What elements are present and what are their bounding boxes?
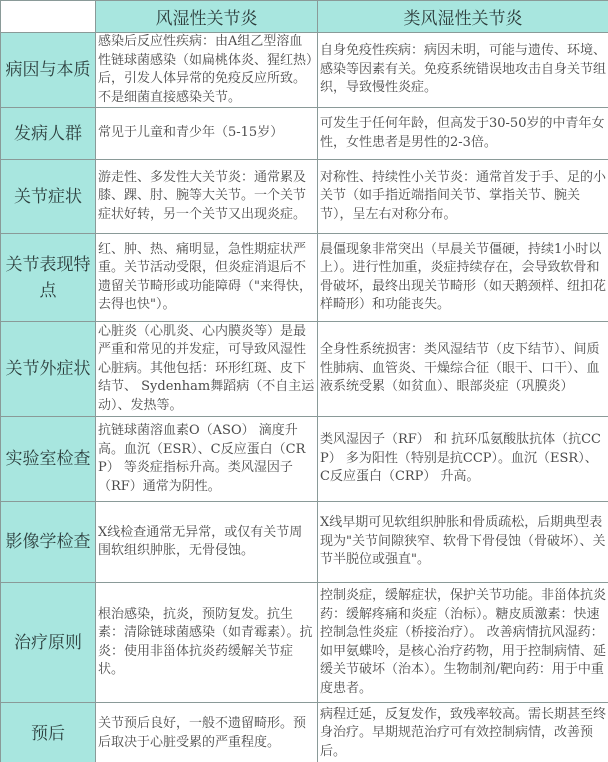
row-label: 影像学检查 [1,502,96,583]
cell-rheumatoid: 自身免疫性疾病：病因未明，可能与遗传、环境、感染等因素有关。免疫系统错误地攻击自… [318,33,608,108]
row-label: 治疗原则 [1,583,96,703]
cell-rheumatoid: X线早期可见软组织肿胀和骨质疏松，后期典型表现为"关节间隙狭窄、软骨下骨侵蚀（骨… [318,502,608,583]
cell-rheumatic: X线检查通常无异常，或仅有关节周围软组织肿胀，无骨侵蚀。 [96,502,318,583]
cell-rheumatoid: 类风湿因子（RF） 和 抗环瓜氨酸肽抗体（抗CCP） 多为阳性（特别是抗CCP）… [318,417,608,502]
table-row-population: 发病人群 常见于儿童和青少年（5-15岁） 可发生于任何年龄，但高发于30-50… [1,108,608,160]
cell-rheumatic: 游走性、多发性大关节炎：通常累及膝、踝、肘、腕等大关节。一个关节症状好转，另一个… [96,160,318,234]
cell-rheumatic: 关节预后良好，一般不遗留畸形。预后取决于心脏受累的严重程度。 [96,703,318,762]
cell-rheumatoid: 对称性、持续性小关节炎：通常首发于手、足的小关节（如手指近端指间关节、掌指关节、… [318,160,608,234]
row-label: 预后 [1,703,96,762]
row-label: 关节表现特点 [1,234,96,322]
table-row-imaging: 影像学检查 X线检查通常无异常，或仅有关节周围软组织肿胀，无骨侵蚀。 X线早期可… [1,502,608,583]
table-row-prognosis: 预后 关节预后良好，一般不遗留畸形。预后取决于心脏受累的严重程度。 病程迁延，反… [1,703,608,762]
table-row-treatment: 治疗原则 根治感染，抗炎，预防复发。抗生素：清除链球菌感染（如青霉素）。抗炎：使… [1,583,608,703]
cell-rheumatic: 根治感染，抗炎，预防复发。抗生素：清除链球菌感染（如青霉素）。抗炎：使用非甾体抗… [96,583,318,703]
row-label: 发病人群 [1,108,96,160]
cell-rheumatic: 抗链球菌溶血素O（ASO） 滴度升高。血沉（ESR）、C反应蛋白（CRP） 等炎… [96,417,318,502]
table-row-joint-features: 关节表现特点 红、肿、热、痛明显，急性期症状严重。关节活动受限，但炎症消退后不遗… [1,234,608,322]
corner-cell [1,1,96,33]
row-label: 病因与本质 [1,33,96,108]
cell-rheumatic: 心脏炎（心肌炎、心内膜炎等）是最严重和常见的并发症，可导致风湿性心脏病。其他包括… [96,322,318,417]
column-header-rheumatic: 风湿性关节炎 [96,1,318,33]
table-row-lab-tests: 实验室检查 抗链球菌溶血素O（ASO） 滴度升高。血沉（ESR）、C反应蛋白（C… [1,417,608,502]
table-row-extra-articular: 关节外症状 心脏炎（心肌炎、心内膜炎等）是最严重和常见的并发症，可导致风湿性心脏… [1,322,608,417]
cell-rheumatoid: 控制炎症，缓解症状，保护关节功能。非甾体抗炎药：缓解疼痛和炎症（治标）。糖皮质激… [318,583,608,703]
cell-rheumatic: 常见于儿童和青少年（5-15岁） [96,108,318,160]
cell-rheumatoid: 可发生于任何年龄，但高发于30-50岁的中青年女性，女性患者是男性的2-3倍。 [318,108,608,160]
table-row-joint-symptoms: 关节症状 游走性、多发性大关节炎：通常累及膝、踝、肘、腕等大关节。一个关节症状好… [1,160,608,234]
cell-rheumatoid: 晨僵现象非常突出（早晨关节僵硬，持续1小时以上）。进行性加重，炎症持续存在，会导… [318,234,608,322]
column-header-rheumatoid: 类风湿性关节炎 [318,1,608,33]
row-label: 关节症状 [1,160,96,234]
cell-rheumatic: 感染后反应性疾病：由A组乙型溶血性链球菌感染（如扁桃体炎、猩红热）后，引发人体异… [96,33,318,108]
table-row-etiology: 病因与本质 感染后反应性疾病：由A组乙型溶血性链球菌感染（如扁桃体炎、猩红热）后… [1,33,608,108]
comparison-table: 风湿性关节炎 类风湿性关节炎 病因与本质 感染后反应性疾病：由A组乙型溶血性链球… [0,0,608,762]
header-row: 风湿性关节炎 类风湿性关节炎 [1,1,608,33]
cell-rheumatoid: 病程迁延，反复发作，致残率较高。需长期甚至终身治疗。早期规范治疗可有效控制病情，… [318,703,608,762]
row-label: 实验室检查 [1,417,96,502]
cell-rheumatoid: 全身性系统损害：类风湿结节（皮下结节）、间质性肺病、血管炎、干燥综合征（眼干、口… [318,322,608,417]
cell-rheumatic: 红、肿、热、痛明显，急性期症状严重。关节活动受限，但炎症消退后不遗留关节畸形或功… [96,234,318,322]
row-label: 关节外症状 [1,322,96,417]
